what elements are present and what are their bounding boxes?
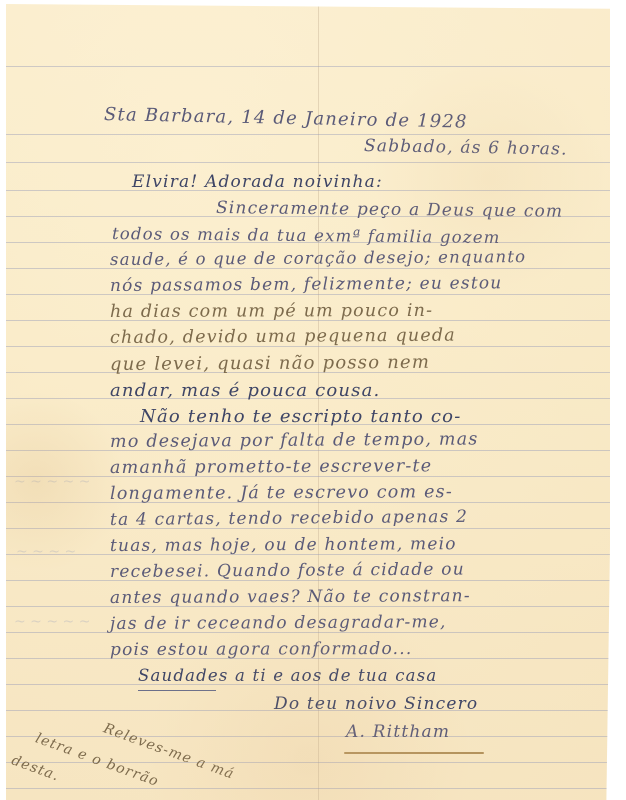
body-line: Sinceramente peço a Deus que com: [216, 198, 563, 222]
body-line: todos os mais da tua exmª familia gozem: [112, 224, 501, 247]
ruled-line: [6, 736, 610, 737]
day-time: Sabbado, ás 6 horas.: [364, 136, 568, 160]
signature-flourish: [344, 752, 484, 754]
body-line: tuas, mas hoje, ou de hontem, meio: [110, 534, 457, 556]
body-line: amanhã prometto-te escrever-te: [110, 456, 432, 478]
ruled-line: [6, 788, 610, 789]
ruled-line: [6, 134, 610, 135]
body-line: chado, devido uma pequena queda: [110, 326, 456, 348]
body-line: antes quando vaes? Não te constran-: [110, 586, 471, 608]
body-line: saude, é o que de coração desejo; enquan…: [110, 247, 526, 269]
ruled-line: [6, 66, 610, 67]
body-line: Não tenho te escripto tanto co-: [140, 406, 461, 427]
saudades-underline: [138, 690, 216, 691]
body-line: mo desejava por falta de tempo, mas: [110, 429, 479, 452]
body-line: pois estou agora conformado...: [110, 639, 413, 660]
closing-noivo: Do teu noivo Sincero: [274, 694, 478, 714]
ruled-line: [6, 162, 610, 163]
body-line: recebesei. Quando foste á cidade ou: [110, 560, 465, 582]
body-line: nós passamos bem, felizmente; eu estou: [110, 273, 503, 296]
bleed-through-text: ~ ~ ~ ~ ~: [14, 614, 90, 630]
bleed-through-text: ~ ~ ~ ~ ~: [14, 474, 90, 490]
ruled-line: [6, 268, 610, 269]
body-line: ta 4 cartas, tendo recebido apenas 2: [110, 507, 468, 530]
body-line: ha dias com um pé um pouco in-: [110, 301, 433, 322]
body-line: andar, mas é pouca cousa.: [110, 380, 380, 401]
salutation: Elvira! Adorada noivinha:: [132, 172, 383, 192]
closing-saudades: Saudades a ti e aos de tua casa: [138, 666, 437, 685]
signature: A. Rittham: [346, 722, 450, 742]
margin-note-line: desta.: [9, 752, 62, 784]
body-line: jas de ir ceceando desagradar-me,: [110, 612, 447, 634]
bleed-through-text: ~ ~ ~ ~: [16, 544, 76, 560]
body-line: que levei, quasi não posso nem: [110, 352, 430, 375]
letter-paper: ~ ~ ~ ~ ~ ~ ~ ~ ~ ~ ~ ~ ~ ~ Sta Barbara,…: [6, 4, 610, 800]
body-line: longamente. Já te escrevo com es-: [110, 482, 453, 504]
place-date: Sta Barbara, 14 de Janeiro de 1928: [104, 104, 468, 133]
